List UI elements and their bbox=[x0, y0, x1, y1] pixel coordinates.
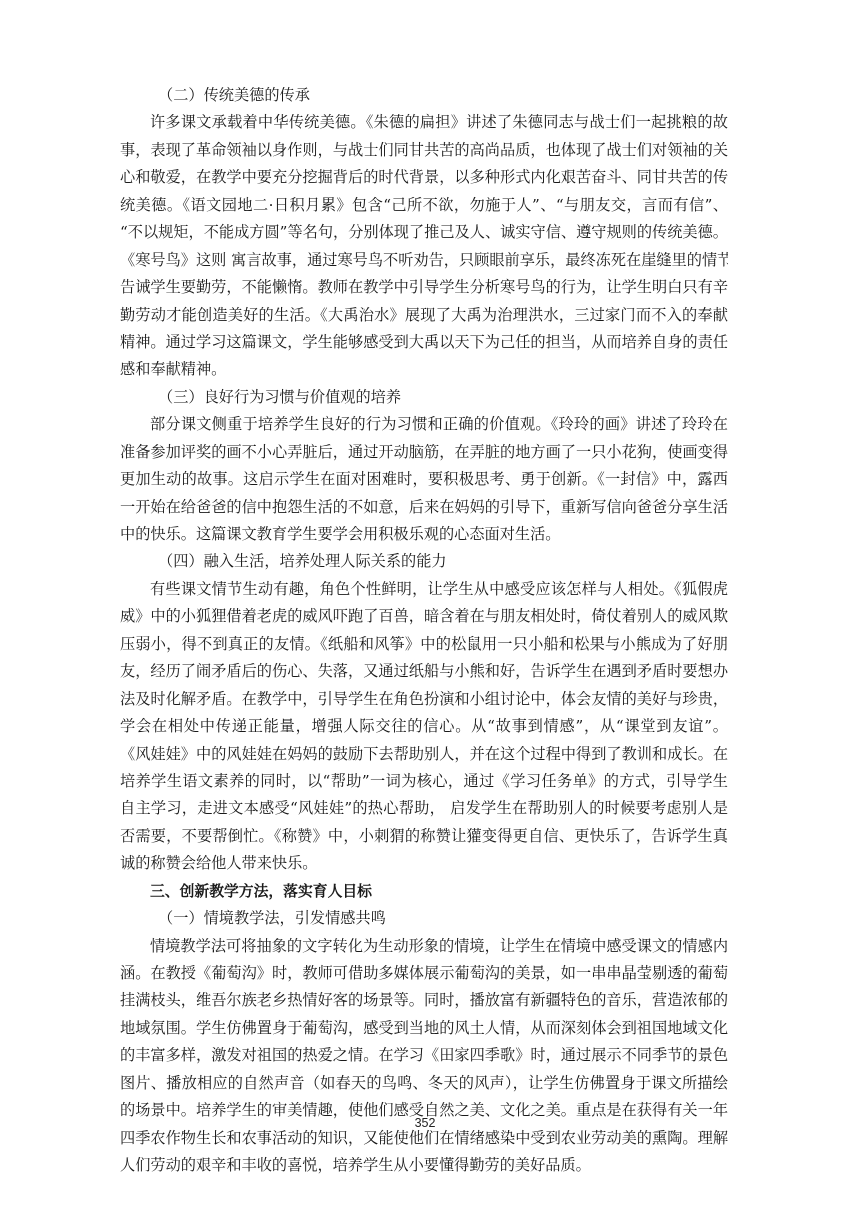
paragraph-line: 培养学生语文素养的同时，以“帮助”一词为核心，通过《学习任务单》的方式，引导学生 bbox=[120, 768, 728, 795]
paragraph-line: 告诫学生要勤劳，不能懒惰。教师在教学中引导学生分析寒号鸟的行为，让学生明白只有辛 bbox=[120, 274, 728, 301]
paragraph-line: 人们劳动的艰辛和丰收的喜悦，培养学生从小要懂得勤劳的美好品质。 bbox=[120, 1152, 728, 1179]
paragraph-line: 涵。在教授《葡萄沟》时，教师可借助多媒体展示葡萄沟的美景，如一串串晶莹剔透的葡萄 bbox=[120, 960, 728, 987]
page-number: 352 bbox=[0, 1116, 850, 1130]
document-page: （二）传统美德的传承 许多课文承载着中华传统美德。《朱德的扁担》讲述了朱德同志与… bbox=[120, 82, 728, 1180]
paragraph-line: 精神。通过学习这篇课文，学生能够感受到大禹以天下为己任的担当，从而培养自身的责任 bbox=[120, 329, 728, 356]
paragraph-line: 事，表现了革命领袖以身作则，与战士们同甘共苦的高尚品质，也体现了战士们对领袖的关 bbox=[120, 137, 728, 164]
paragraph-line: 的丰富多样，激发对祖国的热爱之情。在学习《田家四季歌》时，通过展示不同季节的景色 bbox=[120, 1042, 728, 1069]
paragraph-line: 勤劳动才能创造美好的生活。《大禹治水》展现了大禹为治理洪水，三过家门而不入的奉献 bbox=[120, 302, 728, 329]
paragraph-line: 诚的称赞会给他人带来快乐。 bbox=[120, 850, 728, 877]
paragraph-line: 《风娃娃》中的风娃娃在妈妈的鼓励下去帮助别人，并在这个过程中得到了教训和成长。在 bbox=[120, 741, 728, 768]
paragraph-line: 心和敬爱，在教学中要充分挖掘背后的时代背景，以多种形式内化艰苦奋斗、同甘共苦的传 bbox=[120, 164, 728, 191]
paragraph-line: 地域氛围。学生仿佛置身于葡萄沟，感受到当地的风土人情，从而深刻体会到祖国地域文化 bbox=[120, 1015, 728, 1042]
paragraph-line: 图片、播放相应的自然声音（如春天的鸟鸣、冬天的风声），让学生仿佛置身于课文所描绘 bbox=[120, 1070, 728, 1097]
paragraph-line: 准备参加评奖的画不小心弄脏后，通过开动脑筋，在弄脏的地方画了一只小花狗，使画变得 bbox=[120, 439, 728, 466]
paragraph-line: 许多课文承载着中华传统美德。《朱德的扁担》讲述了朱德同志与战士们一起挑粮的故 bbox=[120, 109, 728, 136]
paragraph-line: 统美德。《语文园地二·日积月累》包含“己所不欲，勿施于人”、“与朋友交，言而有信… bbox=[120, 192, 728, 219]
paragraph-line: 中的快乐。这篇课文教育学生要学会用积极乐观的心态面对生活。 bbox=[120, 521, 728, 548]
paragraph-line: “不以规矩，不能成方圆”等名句，分别体现了推己及人、诚实守信、遵守规则的传统美德… bbox=[120, 219, 728, 246]
heading-innovative-methods: 三、创新教学方法，落实育人目标 bbox=[120, 878, 728, 905]
subheading-situational-teaching: （一）情境教学法，引发情感共鸣 bbox=[120, 905, 728, 932]
paragraph-line: 威》中的小狐狸借着老虎的威风吓跑了百兽，暗含着在与朋友相处时，倚仗着别人的威风欺 bbox=[120, 603, 728, 630]
subheading-interpersonal: （四）融入生活，培养处理人际关系的能力 bbox=[120, 548, 728, 575]
paragraph-line: 部分课文侧重于培养学生良好的行为习惯和正确的价值观。《玲玲的画》讲述了玲玲在 bbox=[120, 411, 728, 438]
paragraph-line: 情境教学法可将抽象的文字转化为生动形象的情境，让学生在情境中感受课文的情感内 bbox=[120, 933, 728, 960]
paragraph-line: 学会在相处中传递正能量，增强人际交往的信心。从“故事到情感”，从“课堂到友谊”。 bbox=[120, 713, 728, 740]
paragraph-line: 感和奉献精神。 bbox=[120, 356, 728, 383]
subheading-traditional-virtues: （二）传统美德的传承 bbox=[120, 82, 728, 109]
paragraph-line: 一开始在给爸爸的信中抱怨生活的不如意，后来在妈妈的引导下，重新写信向爸爸分享生活 bbox=[120, 494, 728, 521]
paragraph-line: 自主学习，走进文本感受“风娃娃”的热心帮助， 启发学生在帮助别人的时候要考虑别人… bbox=[120, 795, 728, 822]
paragraph-line: 挂满枝头，维吾尔族老乡热情好客的场景等。同时，播放富有新疆特色的音乐，营造浓郁的 bbox=[120, 987, 728, 1014]
paragraph-line: 《寒号鸟》这则 寓言故事，通过寒号鸟不听劝告，只顾眼前享乐，最终冻死在崖缝里的情… bbox=[120, 247, 728, 274]
paragraph-line: 法及时化解矛盾。在教学中，引导学生在角色扮演和小组讨论中，体会友情的美好与珍贵， bbox=[120, 686, 728, 713]
paragraph-line: 有些课文情节生动有趣，角色个性鲜明，让学生从中感受应该怎样与人相处。《狐假虎 bbox=[120, 576, 728, 603]
subheading-good-habits: （三）良好行为习惯与价值观的培养 bbox=[120, 384, 728, 411]
paragraph-line: 友，经历了闹矛盾后的伤心、失落，又通过纸船与小熊和好，告诉学生在遇到矛盾时要想办 bbox=[120, 658, 728, 685]
paragraph-line: 否需要，不要帮倒忙。《称赞》中，小刺猬的称赞让獾变得更自信、更快乐了，告诉学生真 bbox=[120, 823, 728, 850]
paragraph-line: 压弱小，得不到真正的友情。《纸船和风筝》中的松鼠用一只小船和松果与小熊成为了好朋 bbox=[120, 631, 728, 658]
paragraph-line: 更加生动的故事。这启示学生在面对困难时，要积极思考、勇于创新。《一封信》中，露西 bbox=[120, 466, 728, 493]
